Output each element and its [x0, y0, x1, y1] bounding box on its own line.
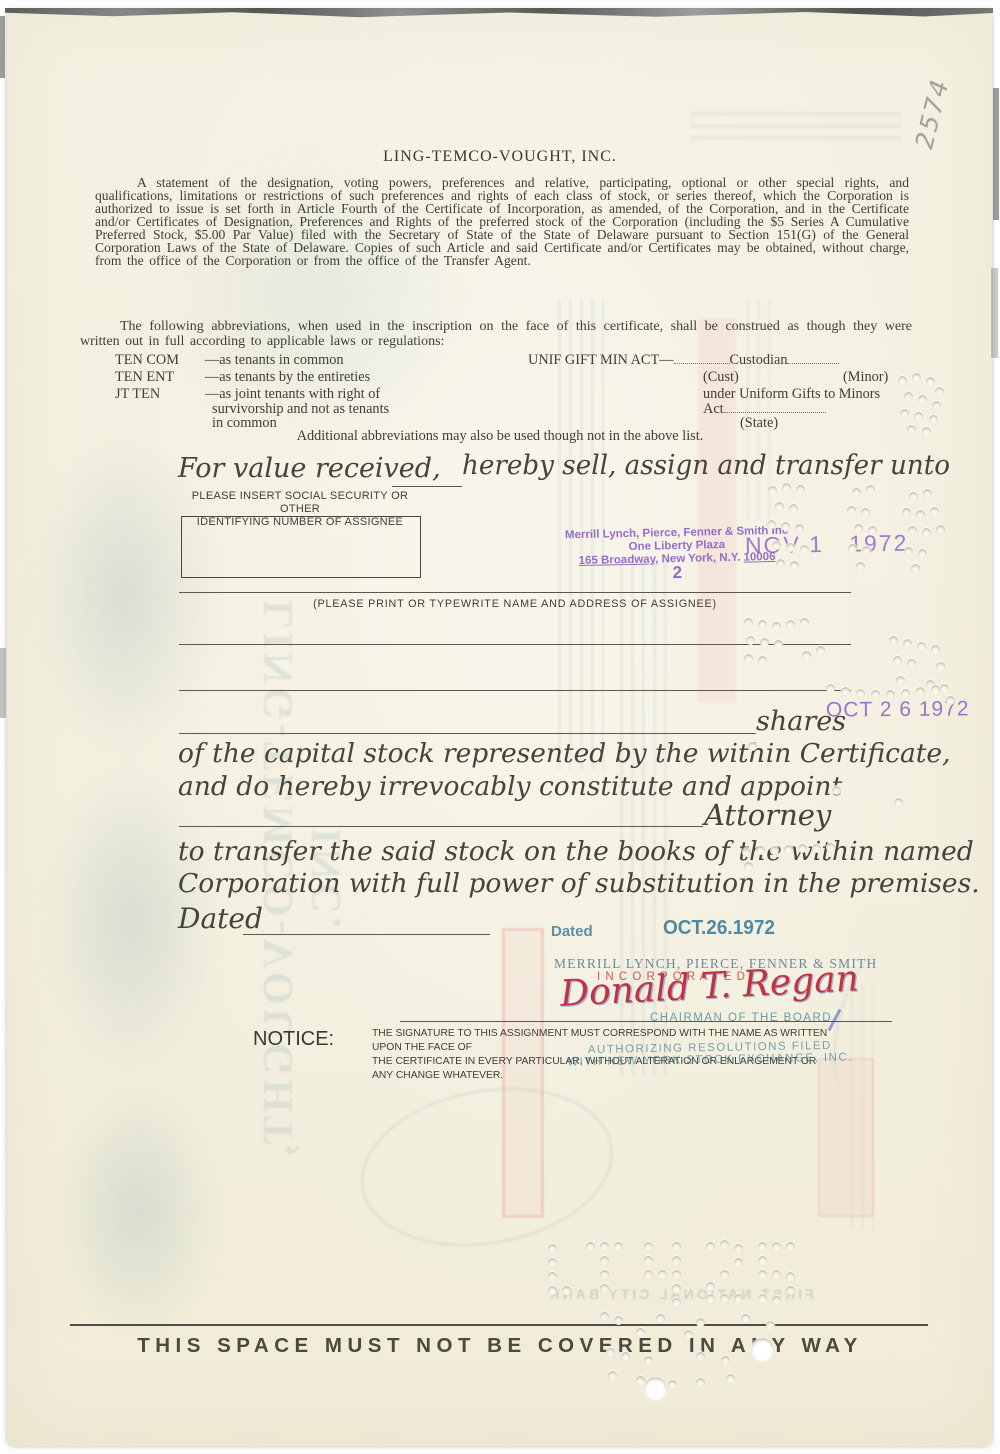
attorney-text: Attorney	[704, 798, 831, 832]
abbrev-key: UNIF GIFT MIN ACT—	[528, 352, 674, 368]
ssn-instruction-line: PLEASE INSERT SOCIAL SECURITY OR OTHER	[178, 490, 422, 516]
abbrev-ten-com: TEN COM—as tenants in common	[115, 352, 344, 369]
abbrev-cust: (Cust)	[703, 369, 739, 386]
stamp-text: New York, N.Y.	[658, 552, 743, 566]
abbrev-value: —as joint tenants with right of	[205, 386, 380, 402]
assignee-line	[179, 592, 851, 593]
notice-label: NOTICE:	[253, 1028, 334, 1051]
dated-text: Dated	[178, 902, 263, 935]
abbrev-value: —as tenants in common	[205, 352, 344, 368]
footer-warning-text: THIS SPACE MUST NOT BE COVERED IN ANY WA…	[0, 1334, 1000, 1358]
designation-statement: A statement of the designation, voting p…	[95, 176, 909, 267]
oct-26-1972-stamp: OCT.26.1972	[663, 917, 775, 940]
footer-rule	[70, 1324, 928, 1326]
abbrev-additional-note: Additional abbreviations may also be use…	[0, 428, 1000, 445]
signature-line	[400, 1021, 892, 1022]
abbrev-minor: (Minor)	[843, 369, 888, 386]
attorney-line	[179, 826, 703, 827]
oct-26-1972-date-stamp: OCT 2 6 1972	[826, 697, 970, 722]
abbrev-key: TEN COM	[115, 352, 205, 369]
abbrev-value: Custodian	[730, 352, 788, 368]
nov-1-1972-date-stamp: NOV 1 1972	[745, 530, 909, 560]
dated-line	[243, 934, 490, 935]
assignee-line	[179, 644, 851, 645]
sell-assign-transfer-text: hereby sell, assign and transfer unto	[462, 450, 950, 481]
abbrev-ten-ent: TEN ENT—as tenants by the entireties	[115, 369, 370, 386]
print-or-typewrite-label: (PLEASE PRINT OR TYPEWRITE NAME AND ADDR…	[280, 598, 750, 610]
assignee-line	[179, 690, 851, 691]
ssn-entry-box	[181, 516, 421, 578]
dotted-leader	[674, 352, 730, 364]
scan-edge-artifact	[0, 648, 6, 718]
abbreviations-intro: The following abbreviations, when used i…	[80, 320, 912, 349]
scan-edge-artifact	[0, 16, 5, 78]
dotted-leader	[787, 352, 839, 364]
transfer-books-text: to transfer the said stock on the books …	[178, 836, 974, 867]
certificate-back-scan: LING-TEMCO-VOUGHT, INC. FIRST NATIONAL C…	[0, 0, 1000, 1454]
abbrev-key: Act	[703, 401, 724, 417]
dotted-leader	[724, 401, 826, 413]
shares-line	[179, 733, 756, 734]
abbrev-key: JT TEN	[115, 386, 205, 403]
abbrev-value: —as tenants by the entireties	[205, 369, 370, 385]
abbrev-key: TEN ENT	[115, 369, 205, 386]
capital-stock-text: of the capital stock represented by the …	[178, 738, 951, 769]
chairman-title-stamp: CHAIRMAN OF THE BOARD	[650, 1012, 832, 1024]
abbrev-ugma: UNIF GIFT MIN ACT—Custodian	[528, 352, 839, 369]
scan-edge-artifact	[991, 268, 998, 358]
for-value-received-text: For value received,	[178, 453, 441, 484]
substitution-text: Corporation with full power of substitut…	[178, 868, 980, 899]
blank-line	[392, 486, 462, 487]
stamp-text: 165 Broadway,	[579, 553, 659, 567]
dated-stamp-label: Dated	[551, 923, 593, 940]
certificate-title: LING-TEMCO-VOUGHT, INC.	[0, 148, 1000, 166]
